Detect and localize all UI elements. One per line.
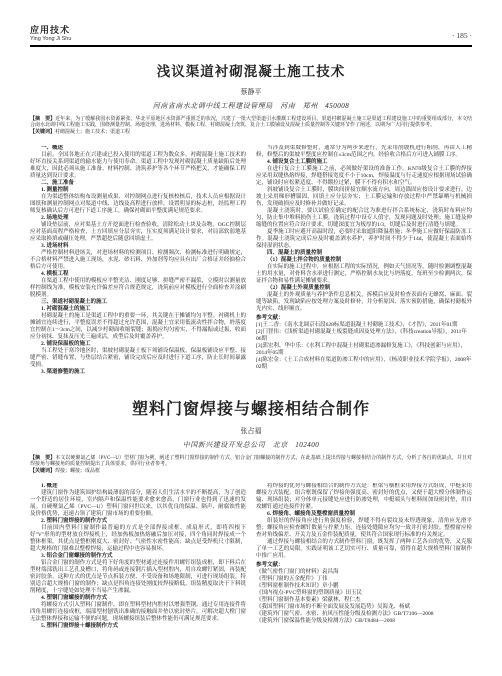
article2-text-block: 将焊接的优势与螺接相结合的制作方式是：框梁与横框采用焊接方式组成，中梃采用螺接方… (256, 483, 472, 511)
article2-abstract: 【摘 要】本文以硬聚氯乙烯（PVC—U）型材门窗为例，阐述了塑料门窗焊接的制作方… (30, 456, 472, 468)
article1-text-block: 四、混凝土的质量控制 (256, 250, 472, 257)
article2-text-block: 5. 塑料门窗焊接＋螺接制作方式 (30, 623, 246, 630)
article1-author: 蔡静平 (30, 87, 472, 97)
article1-text-block: 参考文献： (256, 315, 472, 322)
article2-text-block: 通过焊接与螺接相结合的方式制作塑料门窗，既发挥了两种工艺各自的优势，又克服了单一… (256, 539, 472, 560)
column-pinyin: Ying Yong Ji Shu (30, 36, 71, 42)
article1-body-columns: 一、概述目前，全国各地正在兴建或已投入使用的渠道工程为数众多，衬砌混凝土施工技术… (30, 145, 472, 382)
article1-text-block: [2]门智伟：《浅析渠道衬砌混凝土板裂缝成因及处理方法》，《科技creation… (256, 329, 472, 343)
article1-text-block: 夏季施工时应避开高温时段，必要时采取遮阳降温措施；冬季施工应做好保温防冻工作。混… (256, 229, 472, 250)
abstract-text: 近年来，为了缓解我国水资源紧张、华北平原地区水资源严重匮乏的状况，兴建了一批大型… (30, 117, 472, 128)
article2-text-block: 将螺接方式引入塑料门窗制作，即在塑料型材内腔衬以增强型钢，通过专用连接件将四角用… (30, 602, 246, 623)
article1-text-block: 当工程处于寒冷地区时，渠坡衬砌混凝土板下须铺设保温板。保温板铺设应平整、接缝严密… (30, 348, 246, 369)
article1-text-block: 4. 铺设复合土工膜的施工 (256, 159, 472, 166)
article2-author: 张占福 (30, 426, 472, 436)
article1-title: 浅议渠道衬砌混凝土施工技术 (30, 60, 472, 80)
article1-abstract: 【摘 要】近年来，为了缓解我国水资源紧张、华北平原地区水资源严重匮乏的状况，兴建… (30, 117, 472, 129)
abstract-label: 【摘 要】 (30, 117, 55, 122)
article1-text-block: 在为渠道整体结构布设测量成果、对控制网点进行复核校核后，技术人员应根据设计图纸和… (30, 194, 246, 215)
keywords-text: 衬砌混凝土；施工技术；渠道工程 (55, 130, 130, 135)
article1-text-block: [1]王二香：《南水北调京石段628标渠道混凝土衬砌施工技术》，《才智》，201… (256, 322, 472, 329)
article2-affiliation: 中国新兴建设开发总公司 北京 102400 (30, 440, 472, 450)
article2-text-block: 目前国内塑料门窗制作最普遍的方式是全部焊接成框、成扇形式，即将四根下好"V"形角… (30, 525, 246, 553)
article1-text-block: 4. 模板工程 (30, 271, 246, 278)
page-header: 应用技术 Ying Yong Ji Shu · 185 · (30, 26, 472, 47)
article1-text-block: （2）混凝土外观质量控制 (256, 285, 472, 292)
article1-text-block: [3]郭宏利、华中乐：《水利工程中混凝土衬砌渠道渗漏修复施工》，《科技创新与应用… (256, 343, 472, 357)
article1-text-block: 在进行复合土工膜施工之前，必须做好架设的准备工作。KN70级复合土工膜的焊接应采… (256, 166, 472, 187)
page-number: · 185 · (452, 31, 472, 42)
article1-text-block: 三、渠道衬砌混凝土的施工 (30, 299, 246, 306)
column-header: 应用技术 Ying Yong Ji Shu (30, 26, 71, 42)
article1-text-block: 3. 渠道修整的施工 (30, 369, 246, 376)
article1-text-block: 二、施工准备 (30, 180, 246, 187)
article1-text-block: 3. 进场材料 (30, 243, 246, 250)
keywords-text: 焊接；螺接；成品框 (55, 469, 100, 474)
article1-text-block: 2. 场地处理 (30, 215, 246, 222)
article1-affiliation: 河南省南水北调中线工程建设管理局 河南 郑州 450008 (30, 101, 472, 111)
article2-text-block: 《建筑外门窗保温性能分级及检测方法》GB/T8484—2008 (256, 618, 472, 625)
article1-text-block: 1. 测量控制 (30, 187, 246, 194)
article-2: 塑料门窗焊接与螺接相结合制作 张占福 中国新兴建设开发总公司 北京 102400… (30, 396, 472, 676)
abstract-label: 【摘 要】 (30, 456, 55, 461)
article1-text-block: 2. 铺设保温板的施工 (30, 341, 246, 348)
article2-text-block: 组装好的焊接角应进行角强度检验，焊缝不得有裂纹及未焊透现象，清角应光滑平整；螺接… (256, 518, 472, 539)
article1-text-block: （1）混凝土拌合物的质量控制 (256, 257, 472, 264)
article2-text-block: 建筑门窗作为建筑围护结构最薄弱的部分，随着人们生活水平的不断提高，为了创造一个舒… (30, 490, 246, 518)
column-name: 应用技术 (30, 26, 71, 36)
article1-text-block: 目前，全国各地正在兴建或已投入使用的渠道工程为数众多，衬砌混凝土施工技术的好坏直… (30, 152, 246, 180)
article1-text-block: 在渠道工程中使用的模板应平整光洁、刚度足够、拼缝严密不漏浆，立模时以测量放样控制… (30, 278, 246, 299)
article2-title: 塑料门窗焊接与螺接相结合制作 (30, 396, 472, 419)
article1-text-block: 衬砌混凝土的施工是渠道工程中的重要一环，其关键在于摊铺均匀平整。衬砌机上的摊铺宜… (30, 313, 246, 341)
article1-text-block: 1. 衬砌混凝土的施工 (30, 306, 246, 313)
article1-text-block: 严格控制材料进场关，对进场材料的检测项目、检测频次、检测标准进行明确规定，不合格… (30, 250, 246, 271)
article1-text-block: 铺设垫层前，应对渠基土方开挖面进行检查验收，清除松动土块及杂物，OGC控制层应对… (30, 222, 246, 243)
article2-body-columns: 1. 概述建筑门窗作为建筑围护结构最薄弱的部分，随着人们生活水平的不断提高，为了… (30, 483, 472, 676)
keywords-label: 【关键词】 (30, 130, 55, 135)
abstract-text: 本文以硬聚氯乙烯（PVC—U）型材门窗为例，阐述了塑料门窗焊接的制作方式、铝合金… (30, 456, 472, 467)
article2-text-block: 铝合金门窗的制作方式是将下好角度的型材通过连接件用螺钉组装成框，即下料后在型材端… (30, 560, 246, 595)
article2-keywords: 【关键词】焊接；螺接；成品框 (30, 469, 472, 475)
article1-text-block: [4]陈宏金：《土工合成材料在渠道防渗工程中的应用》，《杨凌职业技术学院学报》，… (256, 357, 472, 371)
article1-text-block: 一、概述 (30, 145, 246, 152)
keywords-label: 【关键词】 (30, 469, 55, 474)
article1-text-block: 混凝土的外观质量与养护条件息息相关，拆模后应及时检查表面有无蜂窝、麻面、裂缝等缺… (256, 292, 472, 313)
article1-text-block: 斜坡铺设复合土工膜时，膜块间拼接宜顺水流方向，周边锚固应按设计要求进行，边坡上采… (256, 187, 472, 208)
journal-page: 应用技术 Ying Yong Ji Shu · 185 · 浅议渠道衬砌混凝土施… (0, 0, 502, 676)
article1-text-block: 混凝土浇筑时，要以试验室确定的配合比为准进行拌合系统标定，浇筑时布料应均匀，防止… (256, 208, 472, 229)
article1-text-block: 当涉及到渠坡修整时，通常分为两步来进行，先采用削坡机进行粗削，再由人工精修，修整… (256, 145, 472, 159)
article1-keywords: 【关键词】衬砌混凝土；施工技术；渠道工程 (30, 130, 472, 136)
article-1: 浅议渠道衬砌混凝土施工技术 蔡静平 河南省南水北调中线工程建设管理局 河南 郑州… (30, 60, 472, 382)
article1-text-block: 在实际的施工过程中，应根据工程的实际情况，例如天气情况等，随时检测调整混凝土的用… (256, 264, 472, 285)
